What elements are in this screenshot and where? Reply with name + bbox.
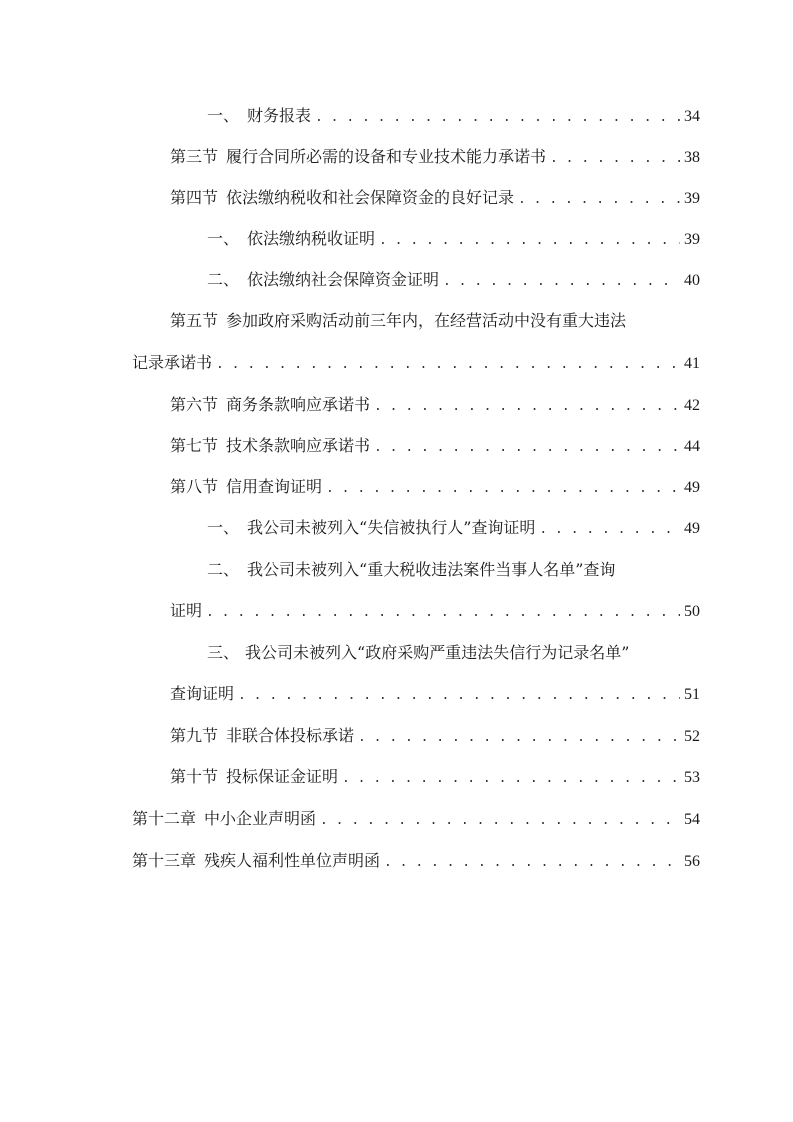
toc-entry-section-6[interactable]: 第六节商务条款响应承诺书 42 xyxy=(170,394,700,416)
dot-leader xyxy=(384,852,680,874)
entry-title: 我公司未被列入“重大税收违法案件当事人名单”查询 xyxy=(247,560,615,579)
entry-title: 技术条款响应承诺书 xyxy=(226,436,370,455)
dot-leader xyxy=(374,396,680,418)
toc-entry-section-10[interactable]: 第十节投标保证金证明 53 xyxy=(170,766,700,788)
toc-entry-section-4[interactable]: 第四节依法缴纳税收和社会保障资金的良好记录 39 xyxy=(170,187,700,209)
page-number: 54 xyxy=(684,809,700,831)
toc-entry-section-9[interactable]: 第九节非联合体投标承诺 52 xyxy=(170,725,700,747)
entry-title: 履行合同所必需的设备和专业技术能力承诺书 xyxy=(226,147,546,166)
dot-leader xyxy=(539,519,680,541)
entry-title: 信用查询证明 xyxy=(226,477,322,496)
entry-number: 三、 xyxy=(207,643,239,662)
entry-title: 依法缴纳社会保障资金证明 xyxy=(247,270,439,289)
entry-title: 我公司未被列入“失信被执行人”查询证明 xyxy=(247,518,535,537)
entry-title: 依法缴纳税收和社会保障资金的良好记录 xyxy=(226,188,514,207)
page-number: 56 xyxy=(684,851,700,873)
page-number: 42 xyxy=(684,395,700,417)
entry-number: 第八节 xyxy=(170,477,218,496)
entry-title-continuation: 证明 xyxy=(170,600,202,622)
toc-entry-section-5-line1[interactable]: 第五节参加政府采购活动前三年内，在经营活动中没有重大违法 xyxy=(170,310,626,332)
dot-leader xyxy=(358,727,680,749)
entry-number: 第九节 xyxy=(170,726,218,745)
dot-leader xyxy=(216,354,680,376)
dot-leader xyxy=(315,107,680,129)
toc-entry-tax-violation-line2[interactable]: 证明 50 xyxy=(170,600,700,622)
entry-title: 残疾人福利性单位声明函 xyxy=(204,851,380,870)
dot-leader xyxy=(342,768,680,790)
toc-entry-financial-statements[interactable]: 一、财务报表 34 xyxy=(207,105,700,127)
toc-entry-tax-proof[interactable]: 一、依法缴纳税收证明 39 xyxy=(207,228,700,250)
toc-entry-procurement-violation-line2[interactable]: 查询证明 51 xyxy=(170,683,700,705)
dot-leader xyxy=(238,685,680,707)
entry-number: 第十二章 xyxy=(132,809,196,828)
dot-leader xyxy=(374,437,680,459)
entry-number: 第十节 xyxy=(170,767,218,786)
toc-entry-section-5-line2[interactable]: 记录承诺书 41 xyxy=(132,352,700,374)
entry-title-continuation: 记录承诺书 xyxy=(132,352,212,374)
entry-number: 二、 xyxy=(207,270,239,289)
entry-number: 第五节 xyxy=(170,311,218,330)
entry-title: 商务条款响应承诺书 xyxy=(226,395,370,414)
toc-entry-chapter-13[interactable]: 第十三章残疾人福利性单位声明函 56 xyxy=(132,850,700,872)
dot-leader xyxy=(320,810,680,832)
dot-leader xyxy=(326,478,680,500)
toc-entry-procurement-violation-line1[interactable]: 三、我公司未被列入“政府采购严重违法失信行为记录名单” xyxy=(207,642,629,664)
entry-title: 中小企业声明函 xyxy=(204,809,316,828)
entry-title: 非联合体投标承诺 xyxy=(226,726,354,745)
page-number: 50 xyxy=(684,601,700,623)
toc-entry-social-security-proof[interactable]: 二、依法缴纳社会保障资金证明 40 xyxy=(207,269,700,291)
page-number: 38 xyxy=(684,147,700,169)
page-number: 39 xyxy=(684,188,700,210)
page-number: 49 xyxy=(684,477,700,499)
dot-leader xyxy=(379,230,680,252)
entry-title: 我公司未被列入“政府采购严重违法失信行为记录名单” xyxy=(245,643,629,662)
toc-entry-chapter-12[interactable]: 第十二章中小企业声明函 54 xyxy=(132,808,700,830)
toc-entry-dishonest-executee[interactable]: 一、我公司未被列入“失信被执行人”查询证明 49 xyxy=(207,517,700,539)
entry-number: 第十三章 xyxy=(132,851,196,870)
toc-entry-section-8[interactable]: 第八节信用查询证明 49 xyxy=(170,476,700,498)
toc-entry-section-3[interactable]: 第三节履行合同所必需的设备和专业技术能力承诺书 38 xyxy=(170,146,700,168)
page-number: 49 xyxy=(684,518,700,540)
entry-number: 一、 xyxy=(207,518,239,537)
page-number: 34 xyxy=(684,106,700,128)
entry-title: 财务报表 xyxy=(247,106,311,125)
toc-entry-tax-violation-line1[interactable]: 二、我公司未被列入“重大税收违法案件当事人名单”查询 xyxy=(207,559,615,581)
entry-number: 第七节 xyxy=(170,436,218,455)
entry-number: 第四节 xyxy=(170,188,218,207)
dot-leader xyxy=(443,271,680,293)
entry-title: 投标保证金证明 xyxy=(226,767,338,786)
entry-number: 一、 xyxy=(207,229,239,248)
entry-number: 第三节 xyxy=(170,147,218,166)
entry-number: 二、 xyxy=(207,560,239,579)
entry-title: 参加政府采购活动前三年内，在经营活动中没有重大违法 xyxy=(226,311,626,330)
page-number: 41 xyxy=(684,353,700,375)
page-number: 40 xyxy=(684,270,700,292)
page-number: 52 xyxy=(684,726,700,748)
entry-title-continuation: 查询证明 xyxy=(170,683,234,705)
page-number: 51 xyxy=(684,684,700,706)
dot-leader xyxy=(206,602,680,624)
toc-entry-section-7[interactable]: 第七节技术条款响应承诺书 44 xyxy=(170,435,700,457)
entry-title: 依法缴纳税收证明 xyxy=(247,229,375,248)
page-number: 39 xyxy=(684,229,700,251)
entry-number: 一、 xyxy=(207,106,239,125)
dot-leader xyxy=(518,189,680,211)
page-number: 53 xyxy=(684,767,700,789)
dot-leader xyxy=(550,148,680,170)
entry-number: 第六节 xyxy=(170,395,218,414)
page-number: 44 xyxy=(684,436,700,458)
